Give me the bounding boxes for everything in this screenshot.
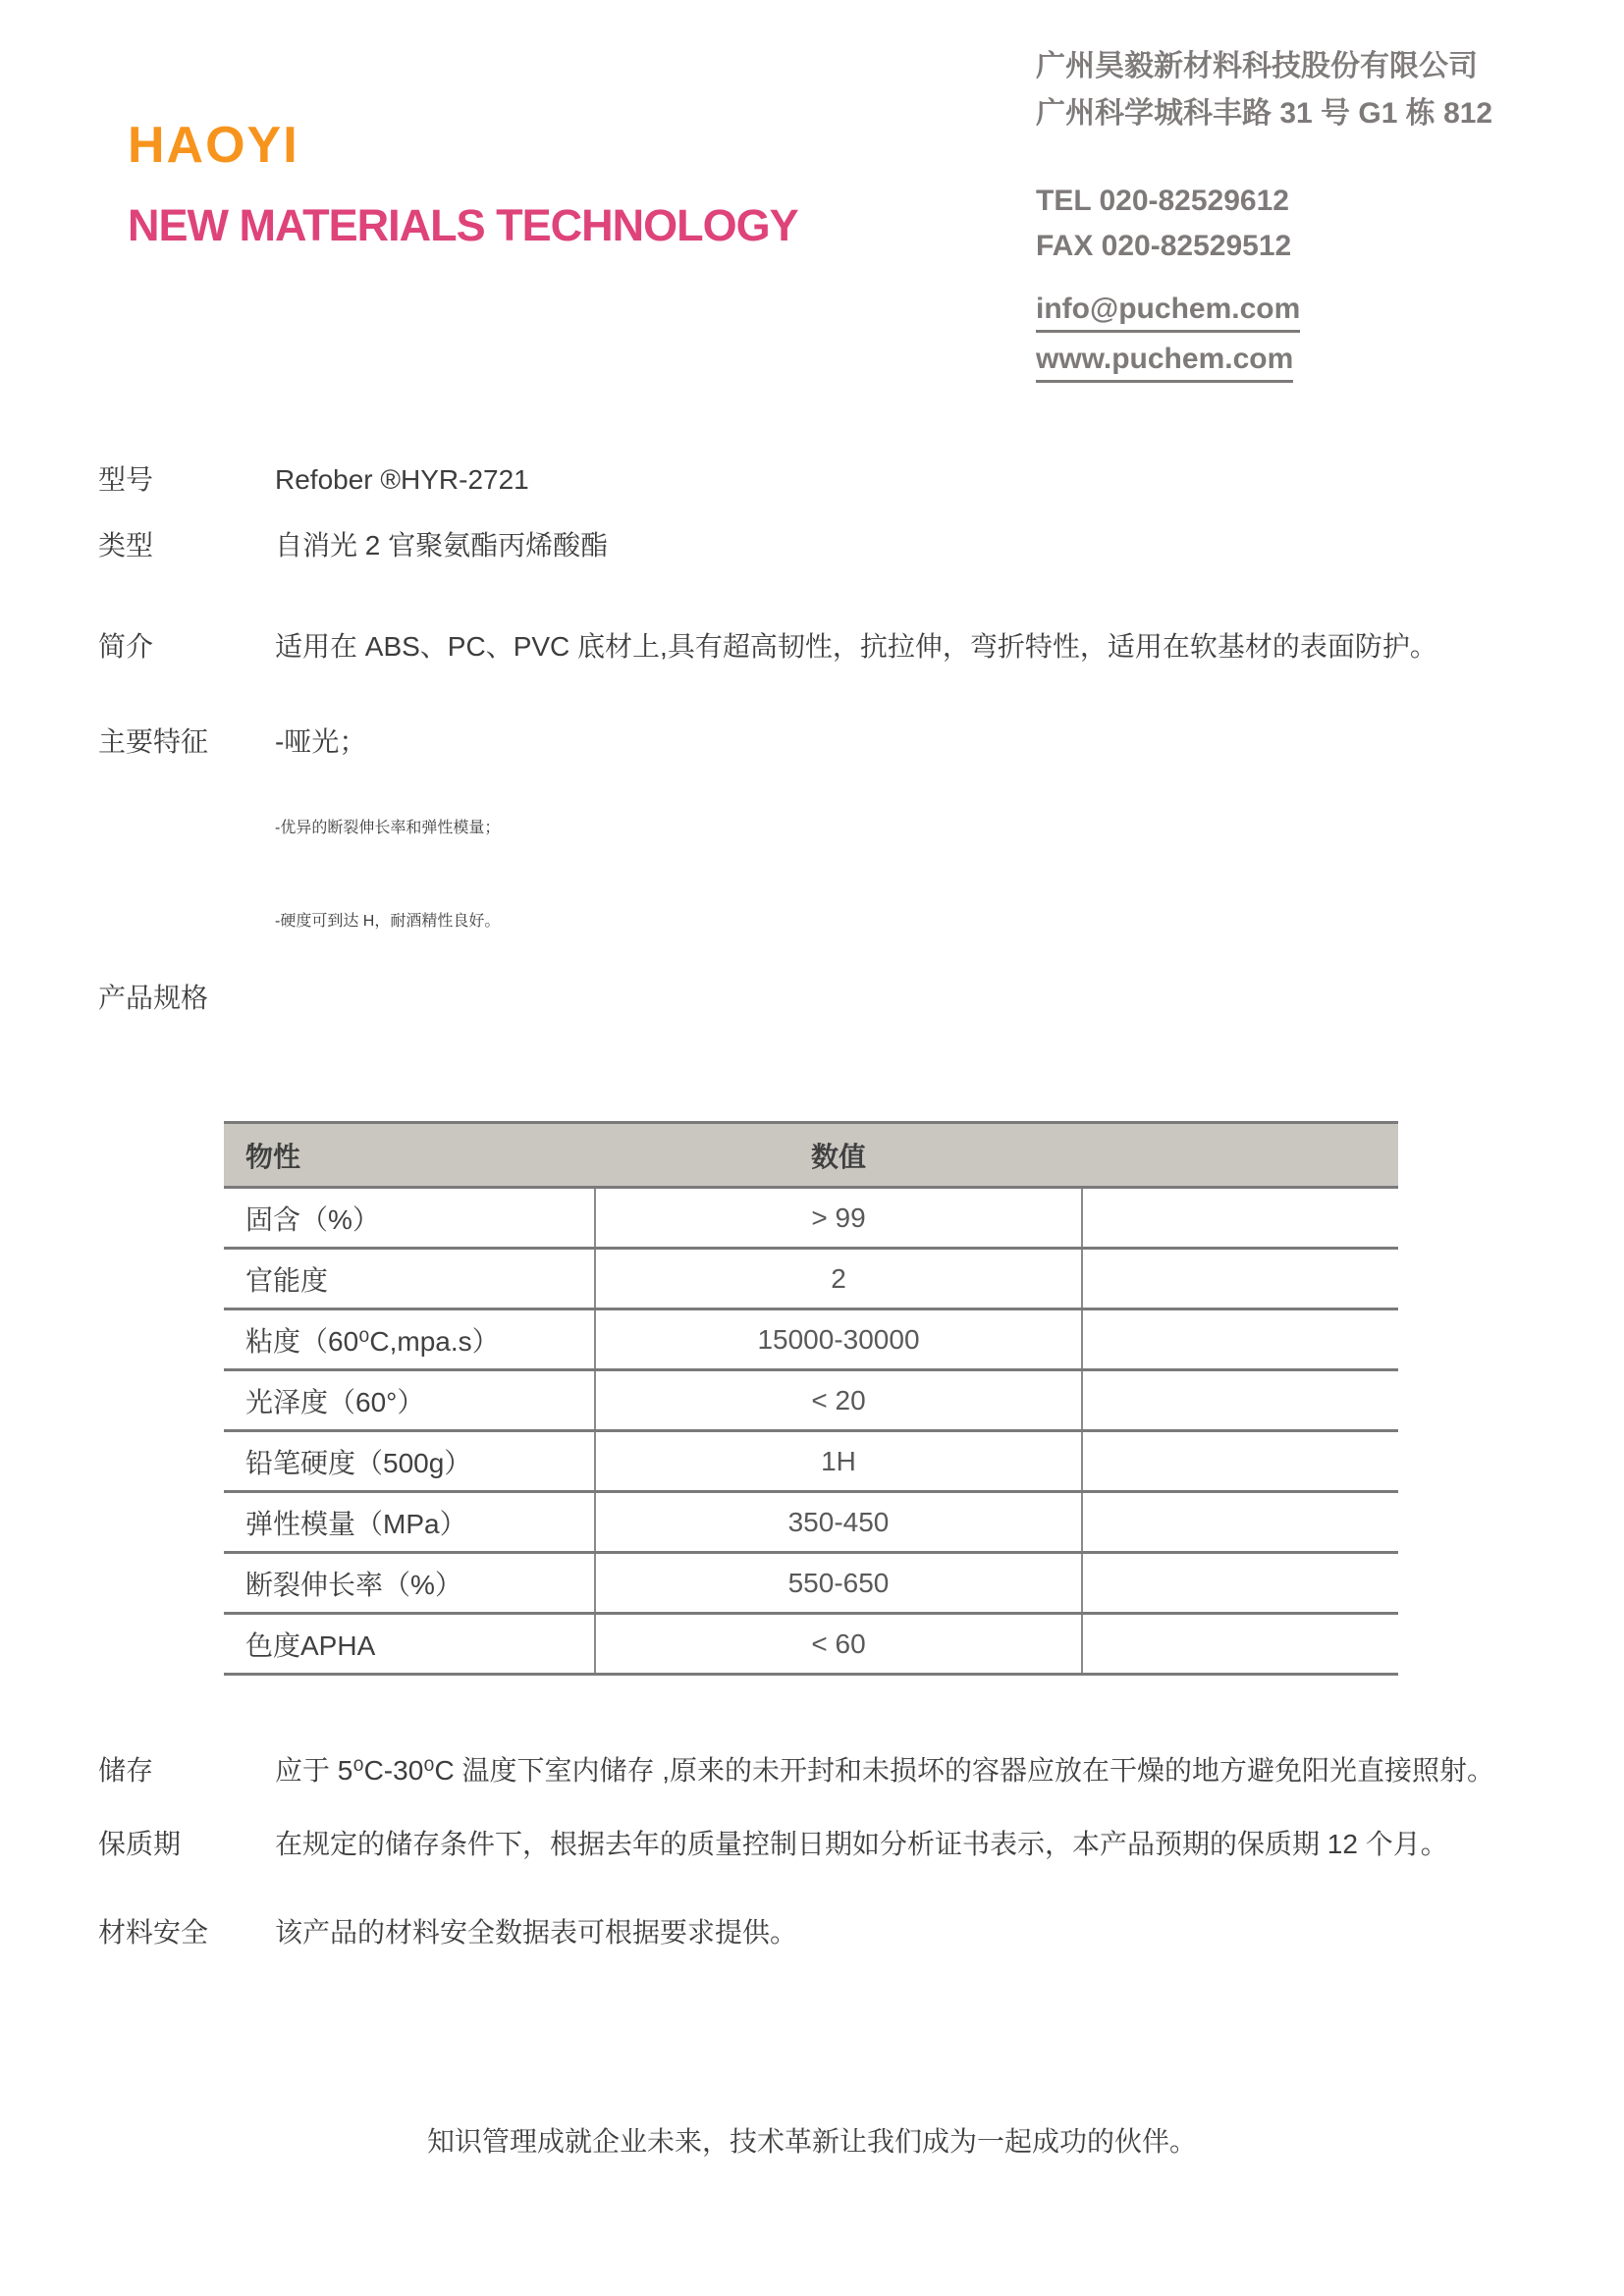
company-name: 广州昊毅新材料科技股份有限公司 [1036, 43, 1586, 90]
spec-blank-cell [1082, 1188, 1398, 1249]
company-logo: HAOYI NEW MATERIALS TECHNOLOGY [128, 118, 798, 250]
spec-header-blank [1082, 1123, 1398, 1188]
spec-property: 铅笔硬度（500g） [224, 1431, 595, 1492]
company-address: 广州科学城科丰路 31 号 G1 栋 812 [1036, 90, 1586, 137]
feature-item-2: -优异的断裂伸长率和弹性模量； [275, 815, 1581, 837]
field-model-label: 型号 [98, 461, 153, 499]
spec-value: 2 [595, 1249, 1082, 1309]
contact-block: 广州昊毅新材料科技股份有限公司 广州科学城科丰路 31 号 G1 栋 812 T… [1036, 43, 1586, 389]
spec-property: 色度APHA [224, 1614, 595, 1675]
note-safety-label: 材料安全 [98, 1911, 208, 1950]
spec-value: 350-450 [595, 1492, 1082, 1553]
spec-table-header-row: 物性 数值 [224, 1123, 1398, 1188]
phone-block: TEL 020-82529612 FAX 020-82529512 [1036, 179, 1586, 269]
spec-property: 弹性模量（MPa） [224, 1492, 595, 1553]
spec-blank-cell [1082, 1553, 1398, 1614]
spec-value: > 99 [595, 1188, 1082, 1249]
email-link[interactable]: info@puchem.com [1036, 289, 1300, 333]
field-features-label: 主要特征 [98, 723, 208, 761]
table-row: 官能度 2 [224, 1249, 1398, 1309]
note-shelf-life-label: 保质期 [98, 1823, 181, 1862]
spec-value: < 60 [595, 1614, 1082, 1675]
table-row: 铅笔硬度（500g） 1H [224, 1431, 1398, 1492]
spec-header-value: 数值 [595, 1123, 1082, 1188]
field-type-label: 类型 [98, 527, 153, 564]
spec-property: 粘度（60⁰C,mpa.s） [224, 1309, 595, 1370]
spec-property: 固含（%） [224, 1188, 595, 1249]
logo-line-new-materials: NEW MATERIALS TECHNOLOGY [128, 201, 798, 250]
table-row: 固含（%） > 99 [224, 1188, 1398, 1249]
fax-number: FAX 020-82529512 [1036, 224, 1586, 269]
spec-header-property: 物性 [224, 1123, 595, 1188]
spec-blank-cell [1082, 1614, 1398, 1675]
field-intro-value: 适用在 ABS、PC、PVC 底材上,具有超高韧性，抗拉伸，弯折特性，适用在软基… [275, 628, 1581, 666]
table-row: 光泽度（60°） < 20 [224, 1370, 1398, 1431]
table-row: 断裂伸长率（%） 550-650 [224, 1553, 1398, 1614]
note-shelf-life-value: 在规定的储存条件下，根据去年的质量控制日期如分析证书表示，本产品预期的保质期 1… [275, 1823, 1591, 1862]
spec-property: 官能度 [224, 1249, 595, 1309]
table-row: 粘度（60⁰C,mpa.s） 15000-30000 [224, 1309, 1398, 1370]
website-link[interactable]: www.puchem.com [1036, 339, 1293, 383]
spec-blank-cell [1082, 1492, 1398, 1553]
table-row: 色度APHA < 60 [224, 1614, 1398, 1675]
spec-value: 1H [595, 1431, 1082, 1492]
spec-value: < 20 [595, 1370, 1082, 1431]
address-block: 广州昊毅新材料科技股份有限公司 广州科学城科丰路 31 号 G1 栋 812 [1036, 43, 1586, 137]
table-row: 弹性模量（MPa） 350-450 [224, 1492, 1398, 1553]
spec-value: 550-650 [595, 1553, 1082, 1614]
field-intro-label: 简介 [98, 628, 153, 666]
field-model-value: Refober ®HYR-2721 [275, 461, 1581, 499]
spec-blank-cell [1082, 1309, 1398, 1370]
spec-property: 光泽度（60°） [224, 1370, 595, 1431]
note-storage-label: 储存 [98, 1749, 153, 1789]
spec-table: 物性 数值 固含（%） > 99 官能度 2 粘度（60⁰C,mpa.s） 15… [224, 1121, 1398, 1676]
datasheet-page: HAOYI NEW MATERIALS TECHNOLOGY 广州昊毅新材料科技… [0, 0, 1624, 2296]
spec-property: 断裂伸长率（%） [224, 1553, 595, 1614]
spec-blank-cell [1082, 1249, 1398, 1309]
spec-value: 15000-30000 [595, 1309, 1082, 1370]
logo-line-haoyi: HAOYI [128, 118, 798, 174]
field-type-value: 自消光 2 官聚氨酯丙烯酸酯 [275, 527, 1581, 564]
note-safety-value: 该产品的材料安全数据表可根据要求提供。 [275, 1911, 1591, 1950]
spec-blank-cell [1082, 1431, 1398, 1492]
tel-number: TEL 020-82529612 [1036, 179, 1586, 224]
spec-heading: 产品规格 [98, 977, 208, 1016]
footer-slogan: 知识管理成就企业未来，技术革新让我们成为一起成功的伙伴。 [0, 2120, 1624, 2160]
spec-blank-cell [1082, 1370, 1398, 1431]
feature-item-1: -哑光； [275, 723, 1581, 761]
feature-item-3: -硬度可到达 H，耐酒精性良好。 [275, 908, 1581, 931]
note-storage-value: 应于 5⁰C-30⁰C 温度下室内储存 ,原来的未开封和未损坏的容器应放在干燥的… [275, 1749, 1591, 1789]
